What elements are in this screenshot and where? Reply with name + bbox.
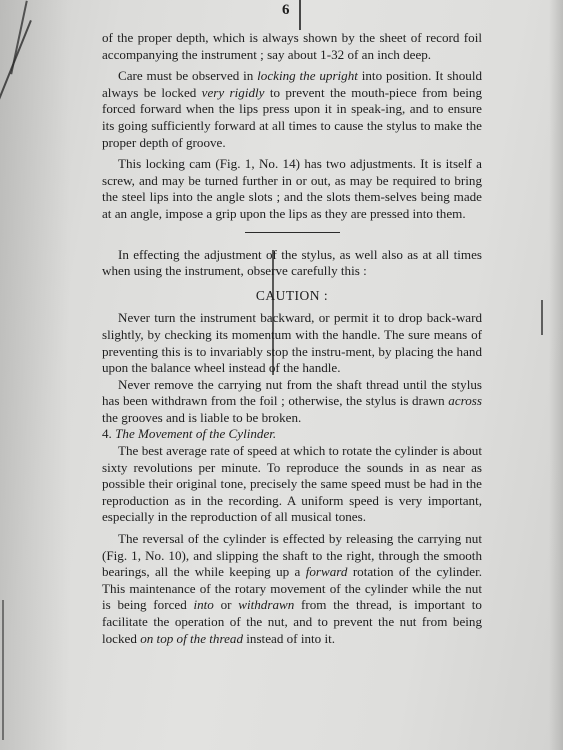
paragraph-speed: The best average rate of speed at which …	[102, 443, 482, 526]
paragraph-continuation: of the proper depth, which is always sho…	[102, 30, 482, 63]
caution-heading: CAUTION :	[102, 288, 482, 305]
paragraph-locking-cam: This locking cam (Fig. 1, No. 14) has tw…	[102, 156, 482, 222]
pen-mark-center-vertical	[299, 0, 301, 30]
paragraph-adjustment: In effecting the adjustment of the stylu…	[102, 247, 482, 280]
emphasis: on top of the thread	[140, 631, 243, 646]
emphasis: withdrawn	[238, 597, 294, 612]
page-number: 6	[282, 2, 290, 19]
emphasis: locking the upright	[257, 68, 358, 83]
section-divider	[245, 232, 340, 233]
page-body: of the proper depth, which is always sho…	[102, 30, 482, 647]
emphasis: across	[448, 393, 482, 408]
page-shadow-right	[549, 0, 563, 750]
section-heading: 4. The Movement of the Cylinder.	[102, 426, 482, 443]
paragraph-caution-carrying-nut: Never remove the carrying nut from the s…	[102, 377, 482, 427]
paragraph-locking-upright: Care must be observed in locking the upr…	[102, 68, 482, 151]
pen-mark-left-edge	[2, 600, 4, 740]
section-number: 4.	[102, 426, 112, 441]
pen-mark-right-vertical	[541, 300, 543, 335]
paragraph-caution-backward: Never turn the instrument backward, or p…	[102, 310, 482, 376]
paragraph-reversal: The reversal of the cylinder is effected…	[102, 531, 482, 647]
emphasis: very rigidly	[202, 85, 265, 100]
page-shadow-left	[0, 0, 70, 750]
emphasis: forward	[306, 564, 348, 579]
section-title: The Movement of the Cylinder.	[115, 426, 276, 441]
emphasis: into	[193, 597, 213, 612]
